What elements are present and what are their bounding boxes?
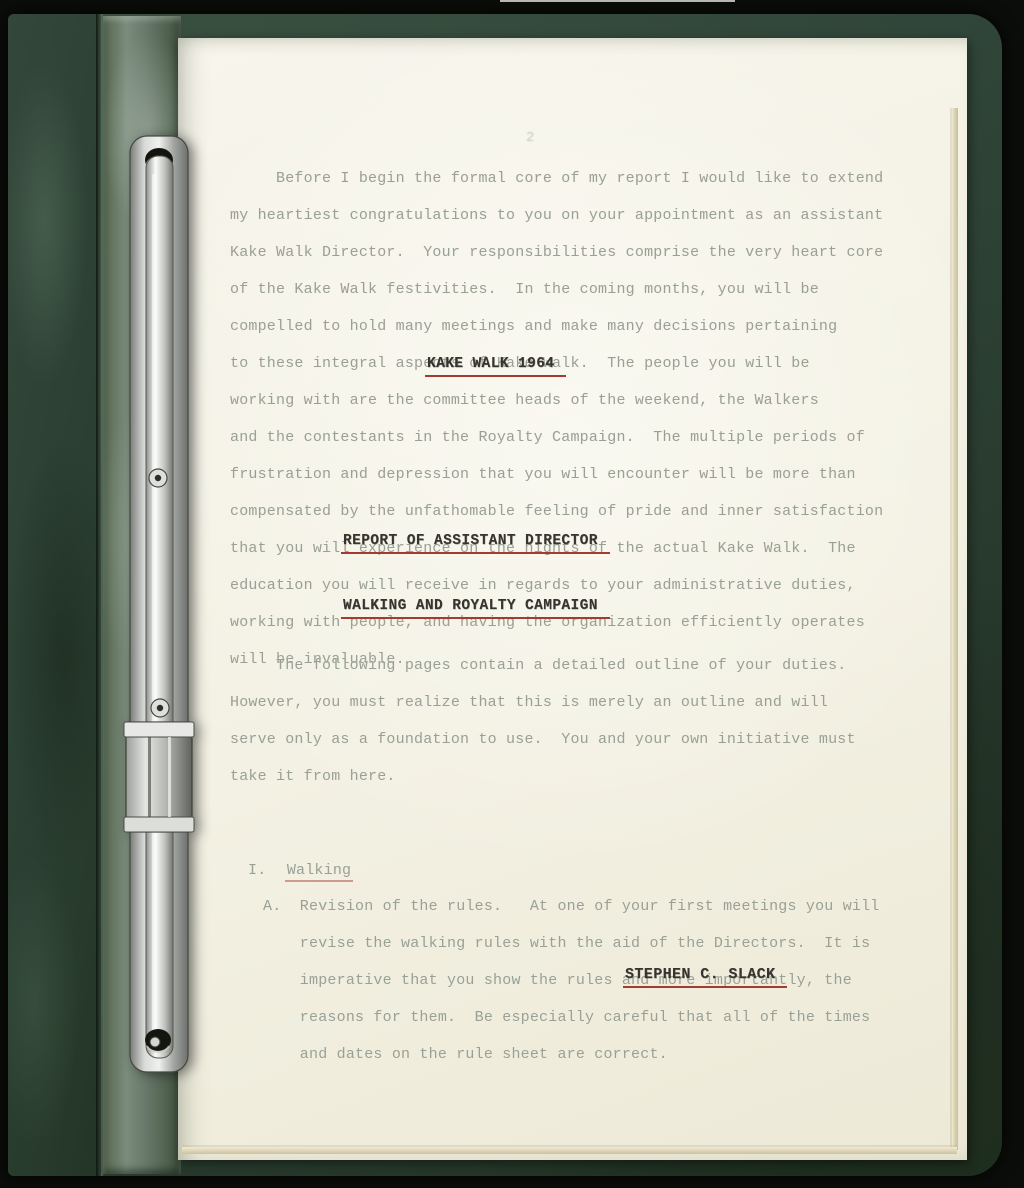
typed-paragraph-outline: The following pages contain a detailed o… <box>230 647 856 795</box>
stamp-walking-text: WALKING AND ROYALTY CAMPAIGN <box>341 598 610 619</box>
stamp-slack-text: STEPHEN C. SLACK <box>623 966 787 988</box>
stamp-report-of-assistant-director: REPORT OF ASSISTANT DIRECTOR <box>343 533 598 554</box>
stamp-report-text: REPORT OF ASSISTANT DIRECTOR <box>341 533 610 554</box>
metal-fastener-icon <box>121 130 201 1080</box>
scan-artifact-line <box>500 0 735 2</box>
stamp-kake-walk-1964-text: KAKE WALK 1964 <box>425 356 566 377</box>
section-gap <box>266 862 284 879</box>
binder-front-flap <box>8 14 98 1176</box>
stamp-walking-and-royalty-campaign: WALKING AND ROYALTY CAMPAIGN <box>343 598 598 619</box>
section-number-text: I. <box>248 862 266 879</box>
stamp-kake-walk-1964: KAKE WALK 1964 <box>427 356 554 377</box>
scanned-binder-page: 2 Before I begin the formal core of my r… <box>0 0 1024 1188</box>
page-number: 2 <box>526 130 534 146</box>
report-page: 2 Before I begin the formal core of my r… <box>178 38 967 1160</box>
stamp-stephen-c-slack: STEPHEN C. SLACK <box>625 966 775 988</box>
section-heading-walking: I. Walking <box>248 852 353 889</box>
page-stack-edge-bottom <box>182 1147 957 1154</box>
binder-fold-groove <box>96 14 100 1176</box>
page-stack-edge-right <box>952 108 958 1150</box>
section-title: Walking <box>285 862 353 882</box>
